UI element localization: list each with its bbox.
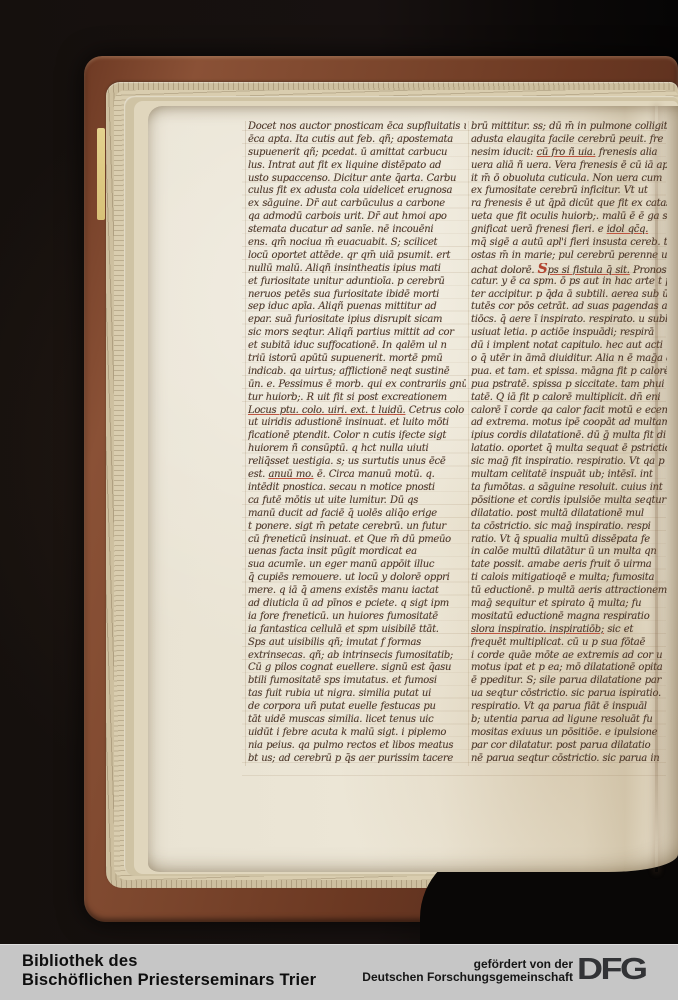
manuscript-text-line: tate possit. amabe aeris fruit ō uirma [471,559,667,572]
manuscript-text-line: latatio. oportet q̄ multa sequat ē pstri… [471,443,667,456]
manuscript-text-line: sep iduc apīa. Aliqñ puenas mittitur ad [248,301,466,314]
digitized-manuscript-view: Docet nos auctor pnosticam ēca supfluita… [0,0,678,1000]
manuscript-page: Docet nos auctor pnosticam ēca supfluita… [148,106,678,872]
text-column-right: brū mittitur. ss; dū m̄ in pulmone colli… [468,121,667,766]
manuscript-text-line: ad diuticla ū ad pīnos e pciete. q sigt … [248,598,466,611]
manuscript-text-line: slora inspiratio. inspiratiōb; sic et [471,624,667,637]
manuscript-text-line: ēca apta. Ita cutis aut feb. qñ; apostem… [248,134,466,147]
manuscript-text-line: tāt uidē muscas similia. licet tenus uic [248,714,466,727]
manuscript-text-line: btili fumositatē sps imutatus. et fumosi [248,675,466,688]
footer-banner: Bibliothek des Bischöflichen Priestersem… [0,944,678,1000]
funding-credit: gefördert von der Deutschen Forschungsge… [362,958,573,984]
manuscript-text-line: dū i implent notat capitulo. hec aut act… [471,340,667,353]
manuscript-text-line: ratio. Vt q̄ spualia multū dissēpata fe [471,534,667,547]
manuscript-text-line: culus fit ex adusta cola uidelicet erugn… [248,185,466,198]
manuscript-text-line: Sps aut uisibilis qñ; imutat f formas [248,637,466,650]
manuscript-text-line: cū freneticū insinuat. et Que m̄ dū pmeū… [248,534,466,547]
manuscript-text-line: reliq̄sset uestigia. s; us surtutis unus… [248,456,466,469]
manuscript-text-line: lus. Intrat aut fit ex liquine distēpato… [248,160,466,173]
manuscript-text-line: it m̄ ō obuoluta cuticula. Non uera cum [471,173,667,186]
manuscript-text-line: supuenerit qñ; pcedat. ū amittat carbucu [248,147,466,160]
manuscript-text-line: nesim iducit: cū fro ñ uia. frenesis ali… [471,147,667,160]
manuscript-text-line: manū ducit ad faciē q̄ uolēs aliq̄o erig… [248,508,466,521]
manuscript-text-line: ia fantastica cellulā et spm uisibilē tt… [248,624,466,637]
manuscript-text-line: et furiositate unitur aduntioīa. p cereb… [248,276,466,289]
manuscript-text-line: de corpora uñ putat euelle festucas pu [248,701,466,714]
manuscript-text-line: triū istorū apūtū supuenerit. mortē pmū [248,353,466,366]
manuscript-text-line: indicab. qa uirtus; afflictionē neqt sus… [248,366,466,379]
manuscript-text-line: tū eductionē. p multā aeris attractionem [471,585,667,598]
manuscript-text-line: ua seqtur cōstrictio. sic parua ispirati… [471,688,667,701]
manuscript-text-line: bt us; ad cerebrū p q̄s aer purissim tac… [248,753,466,766]
manuscript-text-line: sua acumīe. un eger manū appōit illuc [248,559,466,572]
manuscript-text-line: locū oportet attēde. qr qm̄ uiā psumit. … [248,250,466,263]
page-gutter [655,106,658,872]
manuscript-text-line: achat dolorē. Sps si fistula q̄ sit. Pro… [471,263,667,276]
manuscript-text-line: ta fumōtas. a sāguine resoluit. cuius in… [471,482,667,495]
manuscript-text-line: mositatū eductionē magna respiratio [471,611,667,624]
manuscript-text-line: extrinsecas. qñ; ab intrinsecis fumosita… [248,650,466,663]
manuscript-text-line: brū mittitur. ss; dū m̄ in pulmone colli… [471,121,667,134]
manuscript-text-line: ostas m̄ in marie; pul cerebrū perenne u… [471,250,667,263]
manuscript-text-line: ter accipitur. p q̄da ā subtili. aerea s… [471,289,667,302]
manuscript-text-line: pua pstratē. spissa p siccitate. tam phu… [471,379,667,392]
library-credit-line1: Bibliothek des [22,952,316,971]
manuscript-text-line: tutēs cor pōs cetrāt. ad suas pagendas a… [471,301,667,314]
manuscript-text-line: ueta que fit oculis huiorb;. malū ē ē ga… [471,211,667,224]
manuscript-text-line: stemata ducatur ad sanīe. nē incouēni [248,224,466,237]
manuscript-text-line: catur. y ē ca spm. ō ps aut in hac arte … [471,276,667,289]
manuscript-text-line: gnificat uerā frenesi fieri. e idol qc̄q… [471,224,667,237]
manuscript-text-line: sic mors seqtur. Aliqñ partius mittit ad… [248,327,466,340]
manuscript-text-line: nē parua seqtur cōstrictio. sic parua in [471,753,667,766]
manuscript-text-line: q̄ cupiēs remouere. ut locū y dolorē opp… [248,572,466,585]
manuscript-text-line: usiuat letia. p actiōe inspuādi; respirā [471,327,667,340]
manuscript-text-line: ra frenesis ē ut q̄pā dicūt que fit ex c… [471,198,667,211]
manuscript-text-line: ens. qm̄ nociua m̄ euacuabit. S; scilice… [248,237,466,250]
manuscript-text-line: t ponere. sigt m̄ petate cerebrū. un fut… [248,521,466,534]
manuscript-text-line: ē ppeditur. S; sile parua dilatatione pa… [471,675,667,688]
page-edge-highlight [97,128,105,220]
manuscript-text-line: Locus ptu. colo. uiri. ext. t luidū. Cet… [248,405,466,418]
manuscript-text-line: multam celitatē inspuāt ub; intēsī. int [471,469,667,482]
manuscript-text-line: par cor dilatatur. post parua dilatatio [471,740,667,753]
library-credit: Bibliothek des Bischöflichen Priestersem… [22,952,316,989]
library-credit-line2: Bischöflichen Priesterseminars Trier [22,971,316,990]
manuscript-text-line: b; utentia parua ad ligune resoluāt fu [471,714,667,727]
manuscript-text-line: mositas exiuus un pōsitiōe. e ipulsione [471,727,667,740]
manuscript-text-line: i corde quāe mōte ae extremis ad cor u [471,650,667,663]
manuscript-text-line: tiōcs. q̄ aere ī inspirato. respirato. u… [471,314,667,327]
manuscript-text-line: ca futē mōtis ut uite lumitur. Dū qs [248,495,466,508]
manuscript-text-line: ad extrema. motus ipē coopāt ad multam [471,417,667,430]
manuscript-text-line: qa admodū carbois urit. Dr̄ aut h̄moi ap… [248,211,466,224]
manuscript-text-line: calorē ī corde qa calor facit motū e ece… [471,405,667,418]
manuscript-text-line: ia fore freneticū. un huiores fumositatē [248,611,466,624]
manuscript-text-line: pua. et tam. et spissa. māgna fit p calo… [471,366,667,379]
dfg-logo: DFG [577,951,672,987]
manuscript-text-line: pōsitione et cordis ipulsiōe multa seqtu… [471,495,667,508]
manuscript-text-line: uidūt i febre acuta k malū sigt. i piple… [248,727,466,740]
manuscript-text-line: sic maḡ fit inspiratio. respiratio. Vt q… [471,456,667,469]
funding-credit-line2: Deutschen Forschungsgemeinschaft [362,971,573,984]
manuscript-text-line: tatē. Q iā fit p calorē multiplicit. dn̄… [471,392,667,405]
manuscript-text-line: respiratio. Vt qa parua fiāt ē inspuāl [471,701,667,714]
manuscript-text-line: nia peius. qa pulmo rectos et libos meat… [248,740,466,753]
manuscript-text-line: ti calois mitigatioqē e multa; fumosita [471,572,667,585]
manuscript-text-line: ipius cordis dilatationē. dū ḡ multa fit… [471,430,667,443]
manuscript-text-line: in calōe multū dilatātur ū un multa qn [471,546,667,559]
manuscript-text-line: motus ipat et p ea; mō dilatationē opita [471,662,667,675]
manuscript-text-line: uera aliā ñ uera. Vera frenesis ē cū iā … [471,160,667,173]
manuscript-text-line: ex fumositate cerebrū inficitur. Vt ut [471,185,667,198]
manuscript-text-line: ūn. e. Pessimus ē morb. qui ex contrarii… [248,379,466,392]
manuscript-text-line: ut uiridis adustionē insinuat. et luito … [248,417,466,430]
manuscript-text-line: epar. suā furiositate ipius disrupit sic… [248,314,466,327]
manuscript-text-line: tur huiorb;. R uit fit si post excreatio… [248,392,466,405]
manuscript-text-line: Cū g pilos cognat euellere. signū est q̄… [248,662,466,675]
manuscript-text-line: nullū malū. Aliqñ insintheatis ipius mat… [248,263,466,276]
manuscript-text-line: dilatatio. post multā dilatationē mul [471,508,667,521]
manuscript-text-line: uenas facta insit pūgit mordicat ea [248,546,466,559]
manuscript-text-line: mq̄ sigē a autū apl'i fieri insusta cere… [471,237,667,250]
manuscript-text-line: mere. q iā q̄ amens existēs manu iactat [248,585,466,598]
manuscript-text-line: frequēt multiplicat. cū u p sua fōtaē [471,637,667,650]
manuscript-text-line: adusta elaugita facile cerebrū peuit. fr… [471,134,667,147]
manuscript-text-line: ficationē ptendit. Color n cutis ifecte … [248,430,466,443]
manuscript-text-line: et subitā iduc suffocationē. In qalēm ul… [248,340,466,353]
manuscript-text-line: Docet nos auctor pnosticam ēca supfluita… [248,121,466,134]
manuscript-text-line: neruos petēs sua furiositate ibidē morti [248,289,466,302]
manuscript-text-line: usto supaccenso. Dicitur ante q̄arta. Ca… [248,173,466,186]
manuscript-text-line: tas fuit rubia ut nigra. similia putat u… [248,688,466,701]
manuscript-text-line: maḡ sequitur et spirato q̄ multa; fu [471,598,667,611]
manuscript-text-line: ex sāguine. Dr̄ aut carbūculus a carbone [248,198,466,211]
manuscript-text-line: ta cōstrictio. sic maḡ inspiratio. respi [471,521,667,534]
text-column-left: Docet nos auctor pnosticam ēca supfluita… [245,121,466,766]
manuscript-text-line: est. anuū mo. ē. Circa manuū motū. q. [248,469,466,482]
manuscript-text-line: huiorem ñ consūptū. q hct nulla uiuti [248,443,466,456]
manuscript-text-line: o q̄ utēr in āmā diuiditur. Alia n ē maḡ… [471,353,667,366]
manuscript-text-line: intēdit pnostica. secau n motice pnosti [248,482,466,495]
